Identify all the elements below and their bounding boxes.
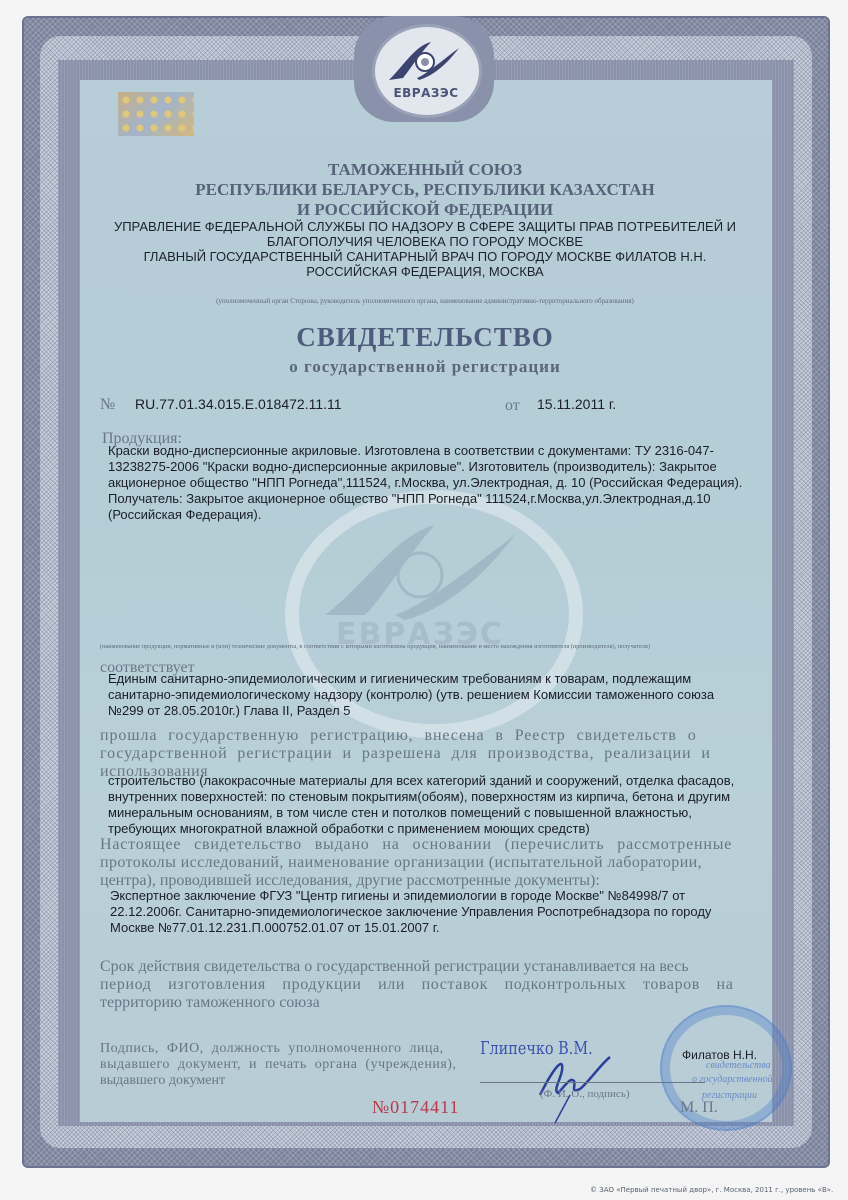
union-line-1: ТАМОЖЕННЫЙ СОЮЗ (100, 160, 750, 180)
registration-number: RU.77.01.34.015.E.018472.11.11 (135, 396, 342, 412)
official-name: Филатов Н.Н. (682, 1047, 757, 1063)
product-line: (Российская Федерация). (108, 507, 261, 523)
usage-line: внутренних поверхностей: по стеновым пок… (108, 789, 730, 805)
product-line: Получатель: Закрытое акционерное обществ… (108, 491, 711, 507)
printer-footer: © ЗАО «Первый печатный двор», г. Москва,… (590, 1186, 833, 1194)
authority-line-4: РОССИЙСКАЯ ФЕДЕРАЦИЯ, МОСКВА (100, 264, 750, 279)
usage-intro-line: прошла государственную регистрацию, внес… (100, 727, 748, 745)
authority-caption: (уполномоченный орган Стороны, руководит… (100, 297, 750, 305)
signature-label-line: выдавшего документ (100, 1072, 225, 1090)
product-caption: (наименование продукции, нормативные и (… (100, 643, 760, 650)
hologram-sticker (118, 92, 194, 136)
product-line: акционерное общество "НПП Рогнеда",11152… (108, 475, 742, 491)
usage-line: минеральным основаниям, в том числе стен… (108, 805, 692, 821)
form-serial-number: №0174411 (372, 1097, 460, 1118)
union-line-3: И РОССИЙСКОЙ ФЕДЕРАЦИИ (100, 200, 750, 220)
registration-date: 15.11.2011 г. (537, 396, 616, 412)
conformity-line: Единым санитарно-эпидемиологическим и ги… (108, 671, 691, 687)
usage-line: строительство (лакокрасочные материалы д… (108, 773, 734, 789)
seal-text-line: о государственной (692, 1074, 773, 1085)
conformity-line: №299 от 28.05.2010г.) Глава II, Раздел 5 (108, 703, 351, 719)
eurasec-emblem-icon (385, 34, 463, 86)
validity-line: период изготовления продукции или постав… (100, 976, 733, 994)
watermark-emblem-icon (315, 515, 525, 625)
product-line: Краски водно-дисперсионные акриловые. Из… (108, 443, 714, 459)
emblem-label: ЕВРАЗЭС (378, 86, 474, 100)
validity-line: территорию таможенного союза (100, 994, 320, 1012)
product-line: 13238275-2006 "Краски водно-дисперсионны… (108, 459, 717, 475)
number-label: № (100, 397, 115, 413)
authority-line-3: ГЛАВНЫЙ ГОСУДАРСТВЕННЫЙ САНИТАРНЫЙ ВРАЧ … (100, 249, 750, 264)
conformity-line: санитарно-эпидемиологическому надзору (к… (108, 687, 714, 703)
basis-line: Экспертное заключение ФГУЗ "Центр гигиен… (110, 888, 685, 904)
signature-caption: (Ф. И. О., подпись) (540, 1086, 630, 1102)
handwritten-signature-icon (530, 1035, 620, 1125)
usage-intro-line: государственной регистрации и разрешена … (100, 745, 748, 763)
authority-line-1: УПРАВЛЕНИЕ ФЕДЕРАЛЬНОЙ СЛУЖБЫ ПО НАДЗОРУ… (100, 219, 750, 234)
basis-line: 22.12.2006г. Санитарно-эпидемиологическо… (110, 904, 711, 920)
basis-intro-line: Настоящее свидетельство выдано на основа… (100, 836, 732, 854)
basis-intro-line: протоколы исследований, наименование орг… (100, 854, 702, 872)
basis-line: Москве №77.01.12.231.П.000752.01.07 от 1… (110, 920, 440, 936)
authority-line-2: БЛАГОПОЛУЧИЯ ЧЕЛОВЕКА ПО ГОРОДУ МОСКВЕ (100, 234, 750, 249)
seal-placeholder: М. П. (680, 1100, 718, 1116)
date-label: от (505, 398, 520, 414)
certificate-title: СВИДЕТЕЛЬСТВО (100, 322, 750, 353)
union-line-2: РЕСПУБЛИКИ БЕЛАРУСЬ, РЕСПУБЛИКИ КАЗАХСТА… (100, 180, 750, 200)
usage-line: требующих многократной влажной обработки… (108, 821, 590, 837)
validity-line: Срок действия свидетельства о государств… (100, 958, 689, 976)
certificate-subtitle: о государственной регистрации (100, 357, 750, 377)
